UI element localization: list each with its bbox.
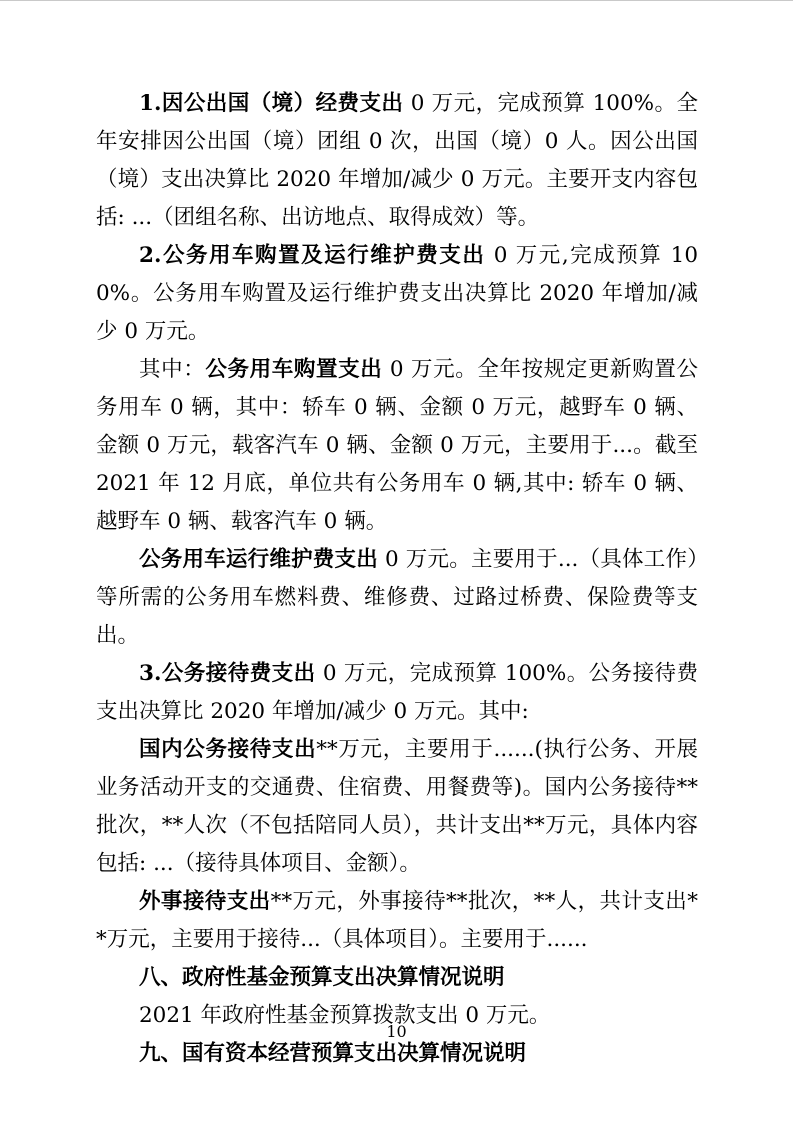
paragraph: 国内公务接待支出**万元，主要用于......(执行公务、开展业务活动开支的交通… [96, 731, 698, 883]
bold-text-run: 公务用车运行维护费支出 [139, 547, 378, 572]
paragraph: 其中：公务用车购置支出 0 万元。全年按规定更新购置公务用车 0 辆，其中：轿车… [96, 351, 698, 541]
paragraph: 1.因公出国（境）经费支出 0 万元，完成预算 100%。全年安排因公出国（境）… [96, 85, 698, 237]
bold-text-run: 1.因公出国（境）经费支出 [139, 91, 403, 116]
text-run: 0 万元。全年按规定更新购置公务用车 0 辆，其中：轿车 0 辆、金额 0 万元… [96, 357, 698, 534]
section-heading: 八、政府性基金预算支出决算情况说明 [96, 959, 698, 997]
paragraph: 2.公务用车购置及运行维护费支出 0 万元,完成预算 100%。公务用车购置及运… [96, 237, 698, 351]
text-run: 其中： [139, 357, 205, 382]
paragraph: 外事接待支出**万元，外事接待**批次，**人，共计支出**万元，主要用于接待.… [96, 883, 698, 959]
bold-text-run: 公务用车购置支出 [205, 357, 382, 382]
page-top-edge [0, 0, 793, 1]
bold-text-run: 2.公务用车购置及运行维护费支出 [139, 243, 485, 268]
document-body: 1.因公出国（境）经费支出 0 万元，完成预算 100%。全年安排因公出国（境）… [96, 85, 698, 1073]
bold-text-run: 外事接待支出 [139, 889, 271, 914]
bold-text-run: 3.公务接待费支出 [139, 661, 316, 686]
document-page: 1.因公出国（境）经费支出 0 万元，完成预算 100%。全年安排因公出国（境）… [0, 0, 793, 1122]
paragraph: 3.公务接待费支出 0 万元，完成预算 100%。公务接待费支出决算比 2020… [96, 655, 698, 731]
paragraph: 公务用车运行维护费支出 0 万元。主要用于...（具体工作）等所需的公务用车燃料… [96, 541, 698, 655]
bold-text-run: 国内公务接待支出 [139, 737, 316, 762]
page-number: 10 [0, 1022, 793, 1042]
